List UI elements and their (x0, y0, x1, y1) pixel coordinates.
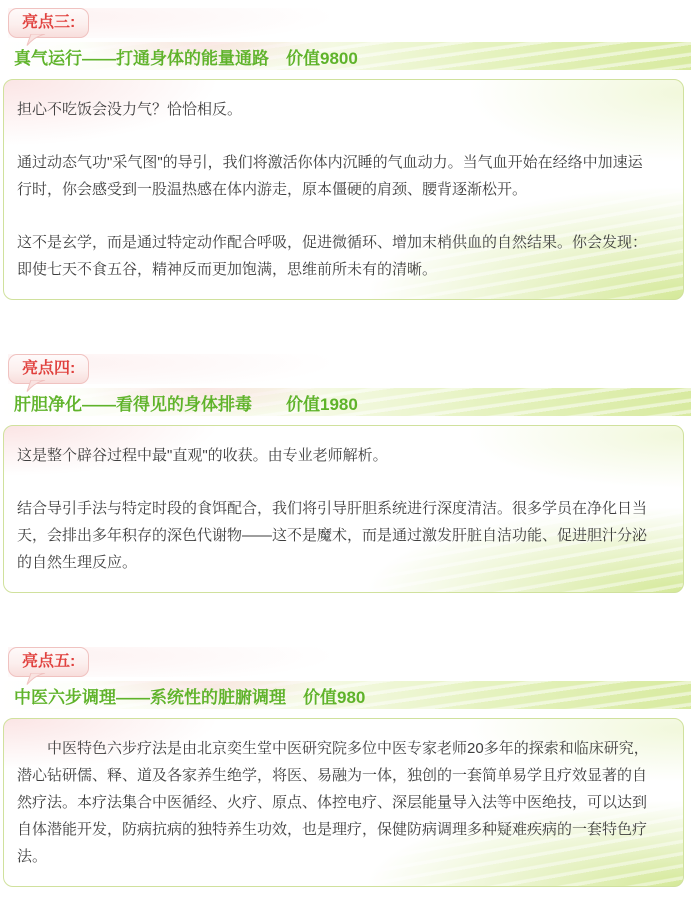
highlight-section-3: 亮点三: 真气运行——打通身体的能量通路 价值9800 担心不吃饭会没力气？恰恰… (0, 8, 691, 300)
section-price: 价值9800 (286, 44, 358, 69)
paragraph: 通过动态气功"采气图"的导引，我们将激活你体内沉睡的气血动力。当气血开始在经络中… (17, 149, 657, 203)
section-title-bar: 肝胆净化——看得见的身体排毒 价值1980 (0, 388, 691, 416)
section-title-bar: 中医六步调理——系统性的脏腑调理 价值980 (0, 681, 691, 709)
highlight-section-5: 亮点五: 中医六步调理——系统性的脏腑调理 价值980 中医特色六步疗法是由北京… (0, 647, 691, 887)
content-box: 这是整个辟谷过程中最"直观"的收获。由专业老师解析。 结合导引手法与特定时段的食… (3, 425, 684, 593)
paragraph: 担心不吃饭会没力气？恰恰相反。 (17, 96, 657, 123)
badge-label: 亮点四: (22, 360, 75, 377)
section-title: 真气运行——打通身体的能量通路 (14, 44, 269, 69)
speech-bubble-tail-icon (26, 34, 46, 46)
badge-label: 亮点三: (22, 14, 75, 31)
badge-row: 亮点四: (8, 354, 691, 384)
highlight-badge: 亮点五: (8, 647, 89, 677)
content-box: 中医特色六步疗法是由北京奕生堂中医研究院多位中医专家老师20多年的探索和临床研究… (3, 718, 684, 887)
promo-page: 亮点三: 真气运行——打通身体的能量通路 价值9800 担心不吃饭会没力气？恰恰… (0, 0, 691, 887)
badge-label: 亮点五: (22, 653, 75, 670)
highlight-badge: 亮点三: (8, 8, 89, 38)
highlight-badge: 亮点四: (8, 354, 89, 384)
paragraph: 中医特色六步疗法是由北京奕生堂中医研究院多位中医专家老师20多年的探索和临床研究… (17, 735, 657, 870)
section-title: 中医六步调理——系统性的脏腑调理 (14, 683, 286, 708)
paragraph: 这是整个辟谷过程中最"直观"的收获。由专业老师解析。 (17, 442, 657, 469)
section-price: 价值980 (303, 683, 365, 708)
section-title: 肝胆净化——看得见的身体排毒 (14, 390, 252, 415)
speech-bubble-tail-icon (26, 673, 46, 685)
badge-row: 亮点三: (8, 8, 691, 38)
badge-row: 亮点五: (8, 647, 691, 677)
content-box: 担心不吃饭会没力气？恰恰相反。 通过动态气功"采气图"的导引，我们将激活你体内沉… (3, 79, 684, 300)
section-title-bar: 真气运行——打通身体的能量通路 价值9800 (0, 42, 691, 70)
paragraph: 这不是玄学，而是通过特定动作配合呼吸，促进微循环、增加末梢供血的自然结果。你会发… (17, 229, 657, 283)
highlight-section-4: 亮点四: 肝胆净化——看得见的身体排毒 价值1980 这是整个辟谷过程中最"直观… (0, 354, 691, 593)
speech-bubble-tail-icon (26, 380, 46, 392)
section-price: 价值1980 (286, 390, 358, 415)
paragraph: 结合导引手法与特定时段的食饵配合，我们将引导肝胆系统进行深度清洁。很多学员在净化… (17, 495, 657, 576)
